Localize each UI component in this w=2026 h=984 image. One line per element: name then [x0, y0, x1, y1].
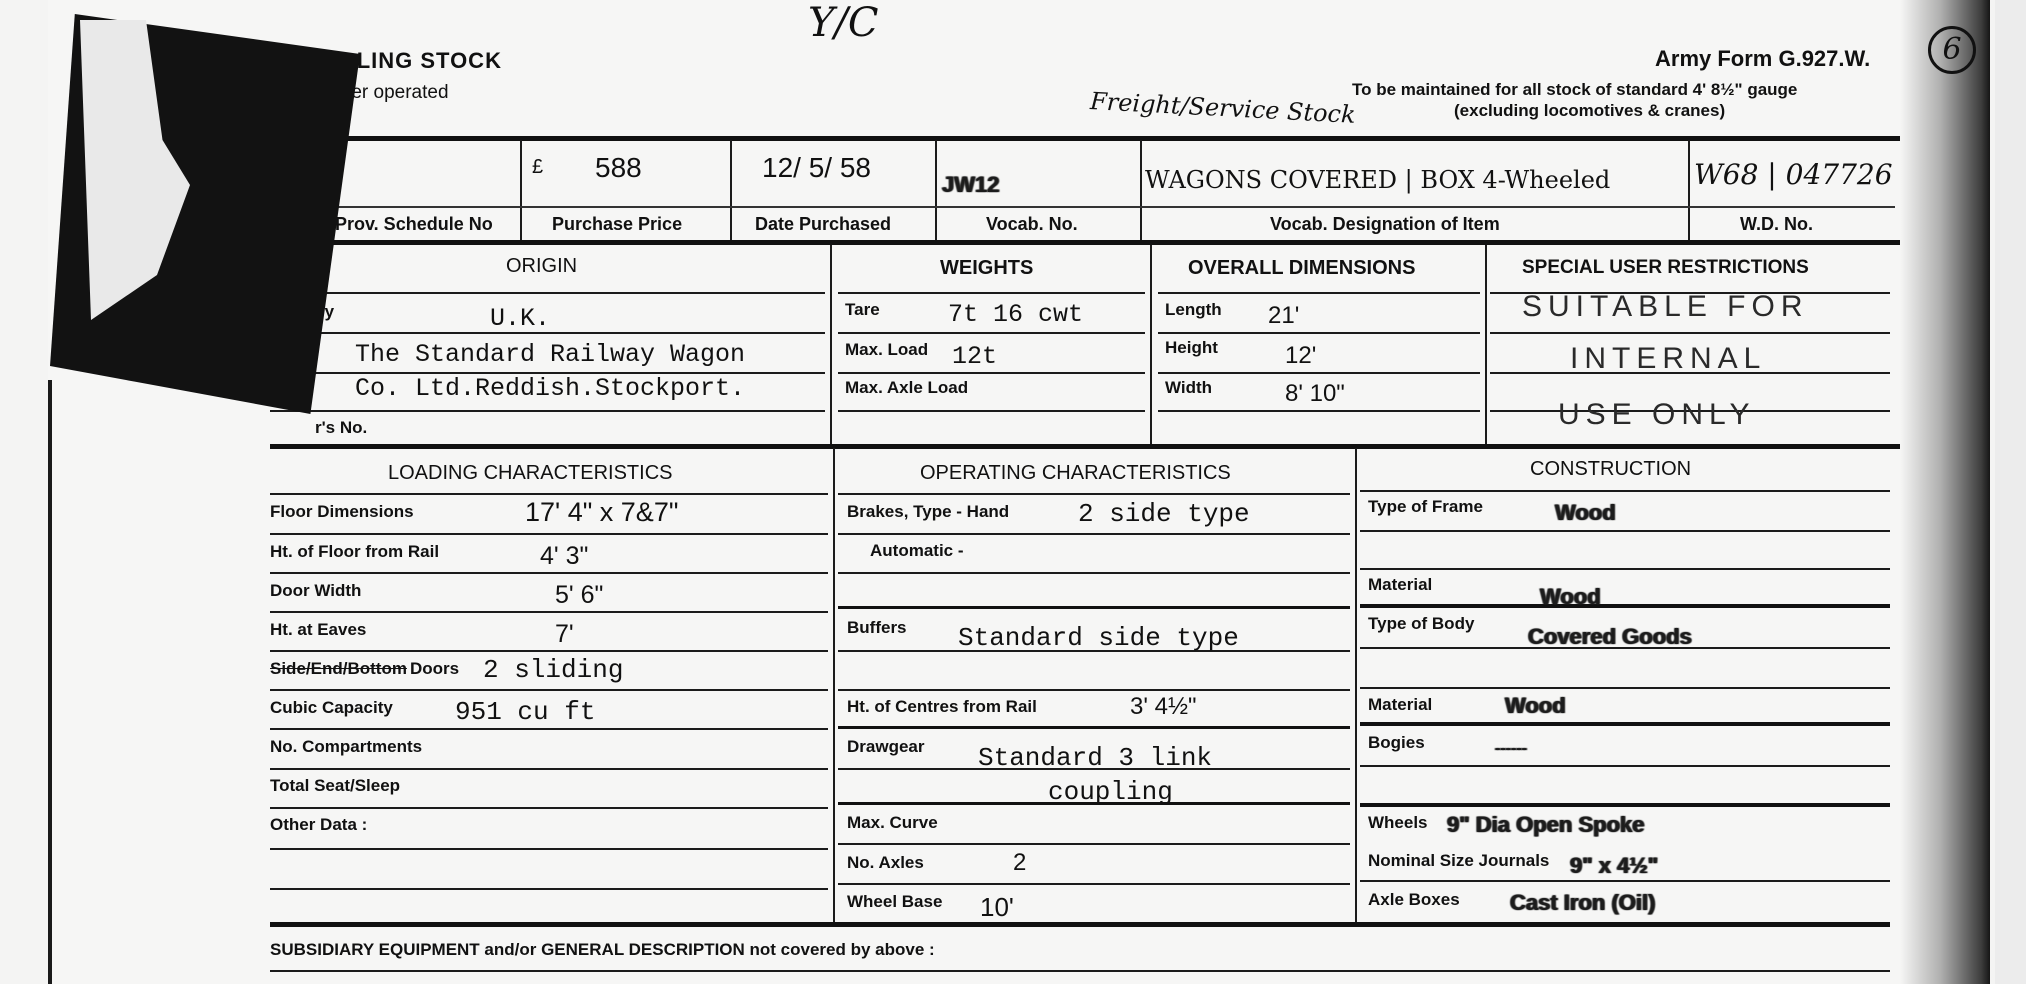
centres-height-value: 3' 4½"	[1130, 693, 1196, 721]
wd-no-value: W68 | 047726	[1694, 158, 1893, 191]
divider	[838, 883, 1350, 885]
brakes-automatic-label: Automatic -	[870, 541, 964, 561]
date-purchased-label: Date Purchased	[755, 214, 891, 235]
eaves-height-value: 7'	[555, 620, 574, 649]
operating-heading: OPERATING CHARACTERISTICS	[920, 462, 1231, 485]
divider	[270, 728, 828, 730]
origin-maker-line1: The Standard Railway Wagon	[355, 340, 745, 369]
door-width-label: Door Width	[270, 581, 361, 601]
floor-dimensions-label: Floor Dimensions	[270, 502, 414, 522]
seat-sleep-label: Total Seat/Sleep	[270, 776, 400, 796]
divider	[1158, 410, 1480, 412]
scan-shadow	[1900, 0, 1990, 984]
divider	[1360, 765, 1890, 767]
wd-no-label: W.D. No.	[1740, 214, 1813, 235]
subsidiary-equipment-label: SUBSIDIARY EQUIPMENT and/or GENERAL DESC…	[270, 940, 935, 960]
journals-label: Nominal Size Journals	[1368, 851, 1549, 871]
divider	[270, 650, 828, 652]
body-material-label: Material	[1368, 695, 1432, 715]
origin-makers-no-label: r's No.	[315, 418, 367, 438]
wheel-base-value: 10'	[980, 892, 1014, 923]
divider	[270, 493, 828, 495]
divider	[730, 140, 732, 240]
divider	[1158, 332, 1480, 334]
tare-value: 7t 16 cwt	[948, 300, 1083, 329]
cubic-capacity-label: Cubic Capacity	[270, 698, 393, 718]
section-rule	[270, 444, 1900, 449]
no-axles-value: 2	[1013, 849, 1026, 877]
length-label: Length	[1165, 300, 1222, 320]
army-form-id: Army Form G.927.W.	[1655, 46, 1870, 72]
width-value: 8' 10"	[1285, 380, 1345, 408]
drawgear-label: Drawgear	[847, 737, 924, 757]
divider	[1688, 140, 1690, 240]
frame-type-label: Type of Frame	[1368, 497, 1483, 517]
doors-struck-label: Side/End/Bottom	[270, 659, 407, 679]
axle-boxes-label: Axle Boxes	[1368, 890, 1460, 910]
divider	[270, 689, 828, 691]
max-axle-load-label: Max. Axle Load	[845, 378, 968, 398]
currency-sign: £	[532, 156, 543, 179]
wheels-value: 9" Dia Open Spoke	[1447, 812, 1644, 838]
divider	[838, 292, 1145, 294]
height-label: Height	[1165, 338, 1218, 358]
divider	[270, 970, 1890, 972]
gauge-note: To be maintained for all stock of standa…	[1352, 80, 1797, 100]
overall-dimensions-heading: OVERALL DIMENSIONS	[1188, 257, 1415, 280]
divider	[1485, 245, 1487, 445]
frame-material-label: Material	[1368, 575, 1432, 595]
divider	[270, 292, 825, 294]
divider	[838, 572, 1350, 574]
divider	[275, 206, 1895, 208]
bogies-label: Bogies	[1368, 733, 1425, 753]
max-load-label: Max. Load	[845, 340, 928, 360]
divider	[270, 611, 828, 613]
divider	[838, 493, 1350, 495]
handwritten-yc: Y/C	[808, 0, 879, 46]
divider	[270, 807, 828, 809]
divider	[1490, 332, 1890, 334]
prov-schedule-label: Prov. Schedule No	[335, 214, 493, 235]
doors-value: 2 sliding	[483, 655, 623, 685]
body-material-value: Wood	[1505, 693, 1566, 719]
divider	[270, 533, 828, 535]
paper-edge	[48, 380, 52, 984]
height-value: 12'	[1285, 342, 1316, 370]
divider	[1158, 292, 1480, 294]
divider	[838, 689, 1350, 691]
divider	[838, 843, 1350, 845]
loading-heading: LOADING CHARACTERISTICS	[388, 462, 672, 485]
divider	[830, 245, 832, 445]
cubic-capacity-value: 951 cu ft	[455, 697, 595, 727]
width-label: Width	[1165, 378, 1212, 398]
journals-value: 9" x 4½"	[1570, 853, 1658, 879]
divider	[1355, 448, 1357, 922]
divider	[1360, 604, 1890, 608]
gauge-note-excluding: (excluding locomotives & cranes)	[1454, 101, 1725, 121]
divider	[838, 726, 1350, 729]
special-restrictions-heading: SPECIAL USER RESTRICTIONS	[1522, 257, 1809, 279]
divider	[1158, 372, 1480, 374]
drawgear-value-line1: Standard 3 link	[978, 743, 1212, 773]
divider	[270, 888, 828, 890]
divider	[838, 372, 1145, 374]
restriction-line3: USE ONLY	[1558, 398, 1756, 432]
construction-heading: CONSTRUCTION	[1530, 458, 1691, 481]
restriction-line1: SUITABLE FOR	[1522, 290, 1808, 324]
section-rule	[270, 240, 1900, 245]
divider	[270, 572, 828, 574]
vocab-no-label: Vocab. No.	[986, 214, 1078, 235]
brakes-hand-value: 2 side type	[1078, 499, 1250, 529]
other-data-label: Other Data :	[270, 815, 367, 835]
floor-height-value: 4' 3"	[540, 542, 588, 571]
wheel-base-label: Wheel Base	[847, 892, 942, 912]
length-value: 21'	[1268, 302, 1299, 330]
divider	[838, 332, 1145, 334]
purchase-price-value: 588	[595, 152, 642, 184]
vocab-no-value: JW12	[942, 172, 999, 198]
frame-type-value: Wood	[1555, 500, 1616, 526]
header-rule	[270, 136, 1900, 141]
axle-boxes-value: Cast Iron (Oil)	[1510, 890, 1655, 916]
eaves-height-label: Ht. at Eaves	[270, 620, 366, 640]
divider	[270, 768, 828, 770]
section-rule	[270, 922, 1890, 927]
frame-material-value: Wood	[1540, 584, 1601, 610]
purchase-price-label: Purchase Price	[552, 214, 682, 235]
divider	[270, 848, 828, 850]
compartments-label: No. Compartments	[270, 737, 422, 757]
date-purchased-value: 12/ 5/ 58	[762, 152, 871, 184]
divider	[1360, 568, 1890, 570]
centres-height-label: Ht. of Centres from Rail	[847, 697, 1037, 717]
floor-height-label: Ht. of Floor from Rail	[270, 542, 439, 562]
brakes-hand-label: Brakes, Type - Hand	[847, 502, 1009, 522]
buffers-value: Standard side type	[958, 623, 1239, 653]
max-load-value: 12t	[952, 342, 997, 371]
wheels-label: Wheels	[1368, 813, 1428, 833]
door-width-value: 5' 6"	[555, 581, 603, 610]
restriction-line2: INTERNAL	[1570, 342, 1766, 376]
divider	[838, 533, 1350, 535]
doors-label: Doors	[410, 659, 459, 679]
drawgear-value-line2: coupling	[1048, 777, 1173, 807]
divider	[1360, 722, 1890, 726]
divider	[270, 410, 825, 412]
circled-mark: 6	[1928, 26, 1976, 74]
no-axles-label: No. Axles	[847, 853, 924, 873]
divider	[1360, 490, 1890, 492]
divider	[1360, 530, 1890, 532]
origin-maker-line2: Co. Ltd.Reddish.Stockport.	[355, 374, 745, 403]
vocab-designation-label: Vocab. Designation of Item	[1270, 214, 1500, 235]
divider	[935, 140, 937, 240]
tare-label: Tare	[845, 300, 880, 320]
floor-dimensions-value: 17' 4" x 7&7"	[525, 497, 678, 528]
divider	[1360, 687, 1890, 689]
vocab-designation-value: WAGONS COVERED | BOX 4-Wheeled	[1145, 166, 1610, 194]
divider	[1150, 245, 1152, 445]
scan-margin	[1995, 0, 2026, 984]
body-type-label: Type of Body	[1368, 614, 1474, 634]
divider	[1360, 880, 1890, 882]
weights-heading: WEIGHTS	[940, 257, 1033, 280]
origin-country-value: U.K.	[490, 304, 550, 333]
divider	[520, 140, 522, 240]
divider	[1360, 803, 1890, 807]
divider	[838, 410, 1145, 412]
divider	[838, 606, 1350, 609]
bogies-value: ------	[1495, 740, 1527, 758]
buffers-label: Buffers	[847, 618, 907, 638]
max-curve-label: Max. Curve	[847, 813, 938, 833]
origin-heading: ORIGIN	[506, 255, 577, 278]
body-type-value: Covered Goods	[1528, 624, 1692, 650]
divider	[833, 448, 835, 922]
divider	[1140, 140, 1142, 240]
